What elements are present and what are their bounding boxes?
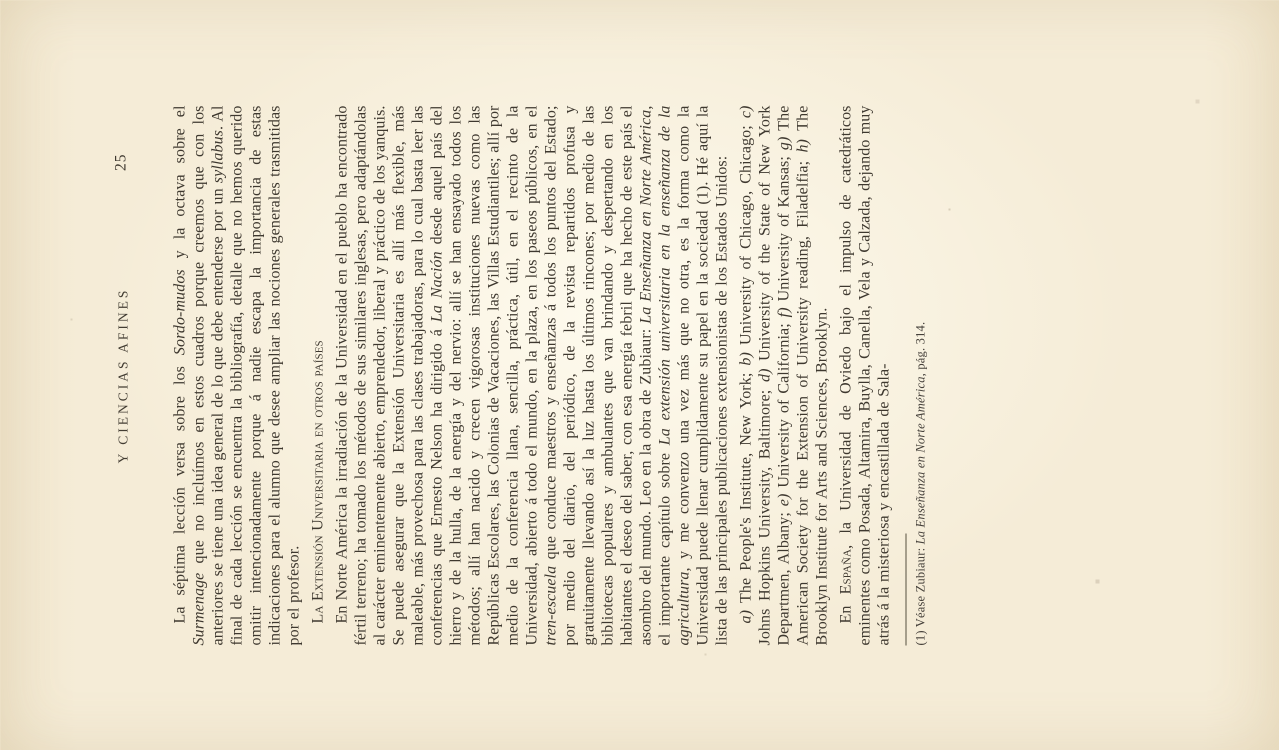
running-header: Y CIENCIAS AFINES 25 [114,105,136,645]
screenshot-canvas: Y CIENCIAS AFINES 25 La séptima lección … [0,0,1279,750]
paragraph-septima-leccion: La séptima lección versa sobre los Sordo… [170,105,303,645]
footnote-block: (1) Véase Zubiaur: La Enseñanza en Norte… [905,105,928,645]
running-title: Y CIENCIAS AFINES [115,287,130,463]
paragraph-espana: En España, la Universidad de Oviedo bajo… [836,105,893,645]
book-page-scan: Y CIENCIAS AFINES 25 La séptima lección … [0,0,1279,750]
paragraph-lista-publicaciones: a) The People's Institute, New York; b) … [736,105,831,645]
footnote-rule [905,533,906,645]
section-heading: La Extensión Universitaria en otros país… [308,105,327,645]
paragraph-norte-america: En Norte América la irradiación de la Un… [332,105,731,645]
footnote: (1) Véase Zubiaur: La Enseñanza en Norte… [913,105,928,645]
page-number: 25 [112,153,130,171]
text-column: La séptima lección versa sobre los Sordo… [170,105,928,645]
